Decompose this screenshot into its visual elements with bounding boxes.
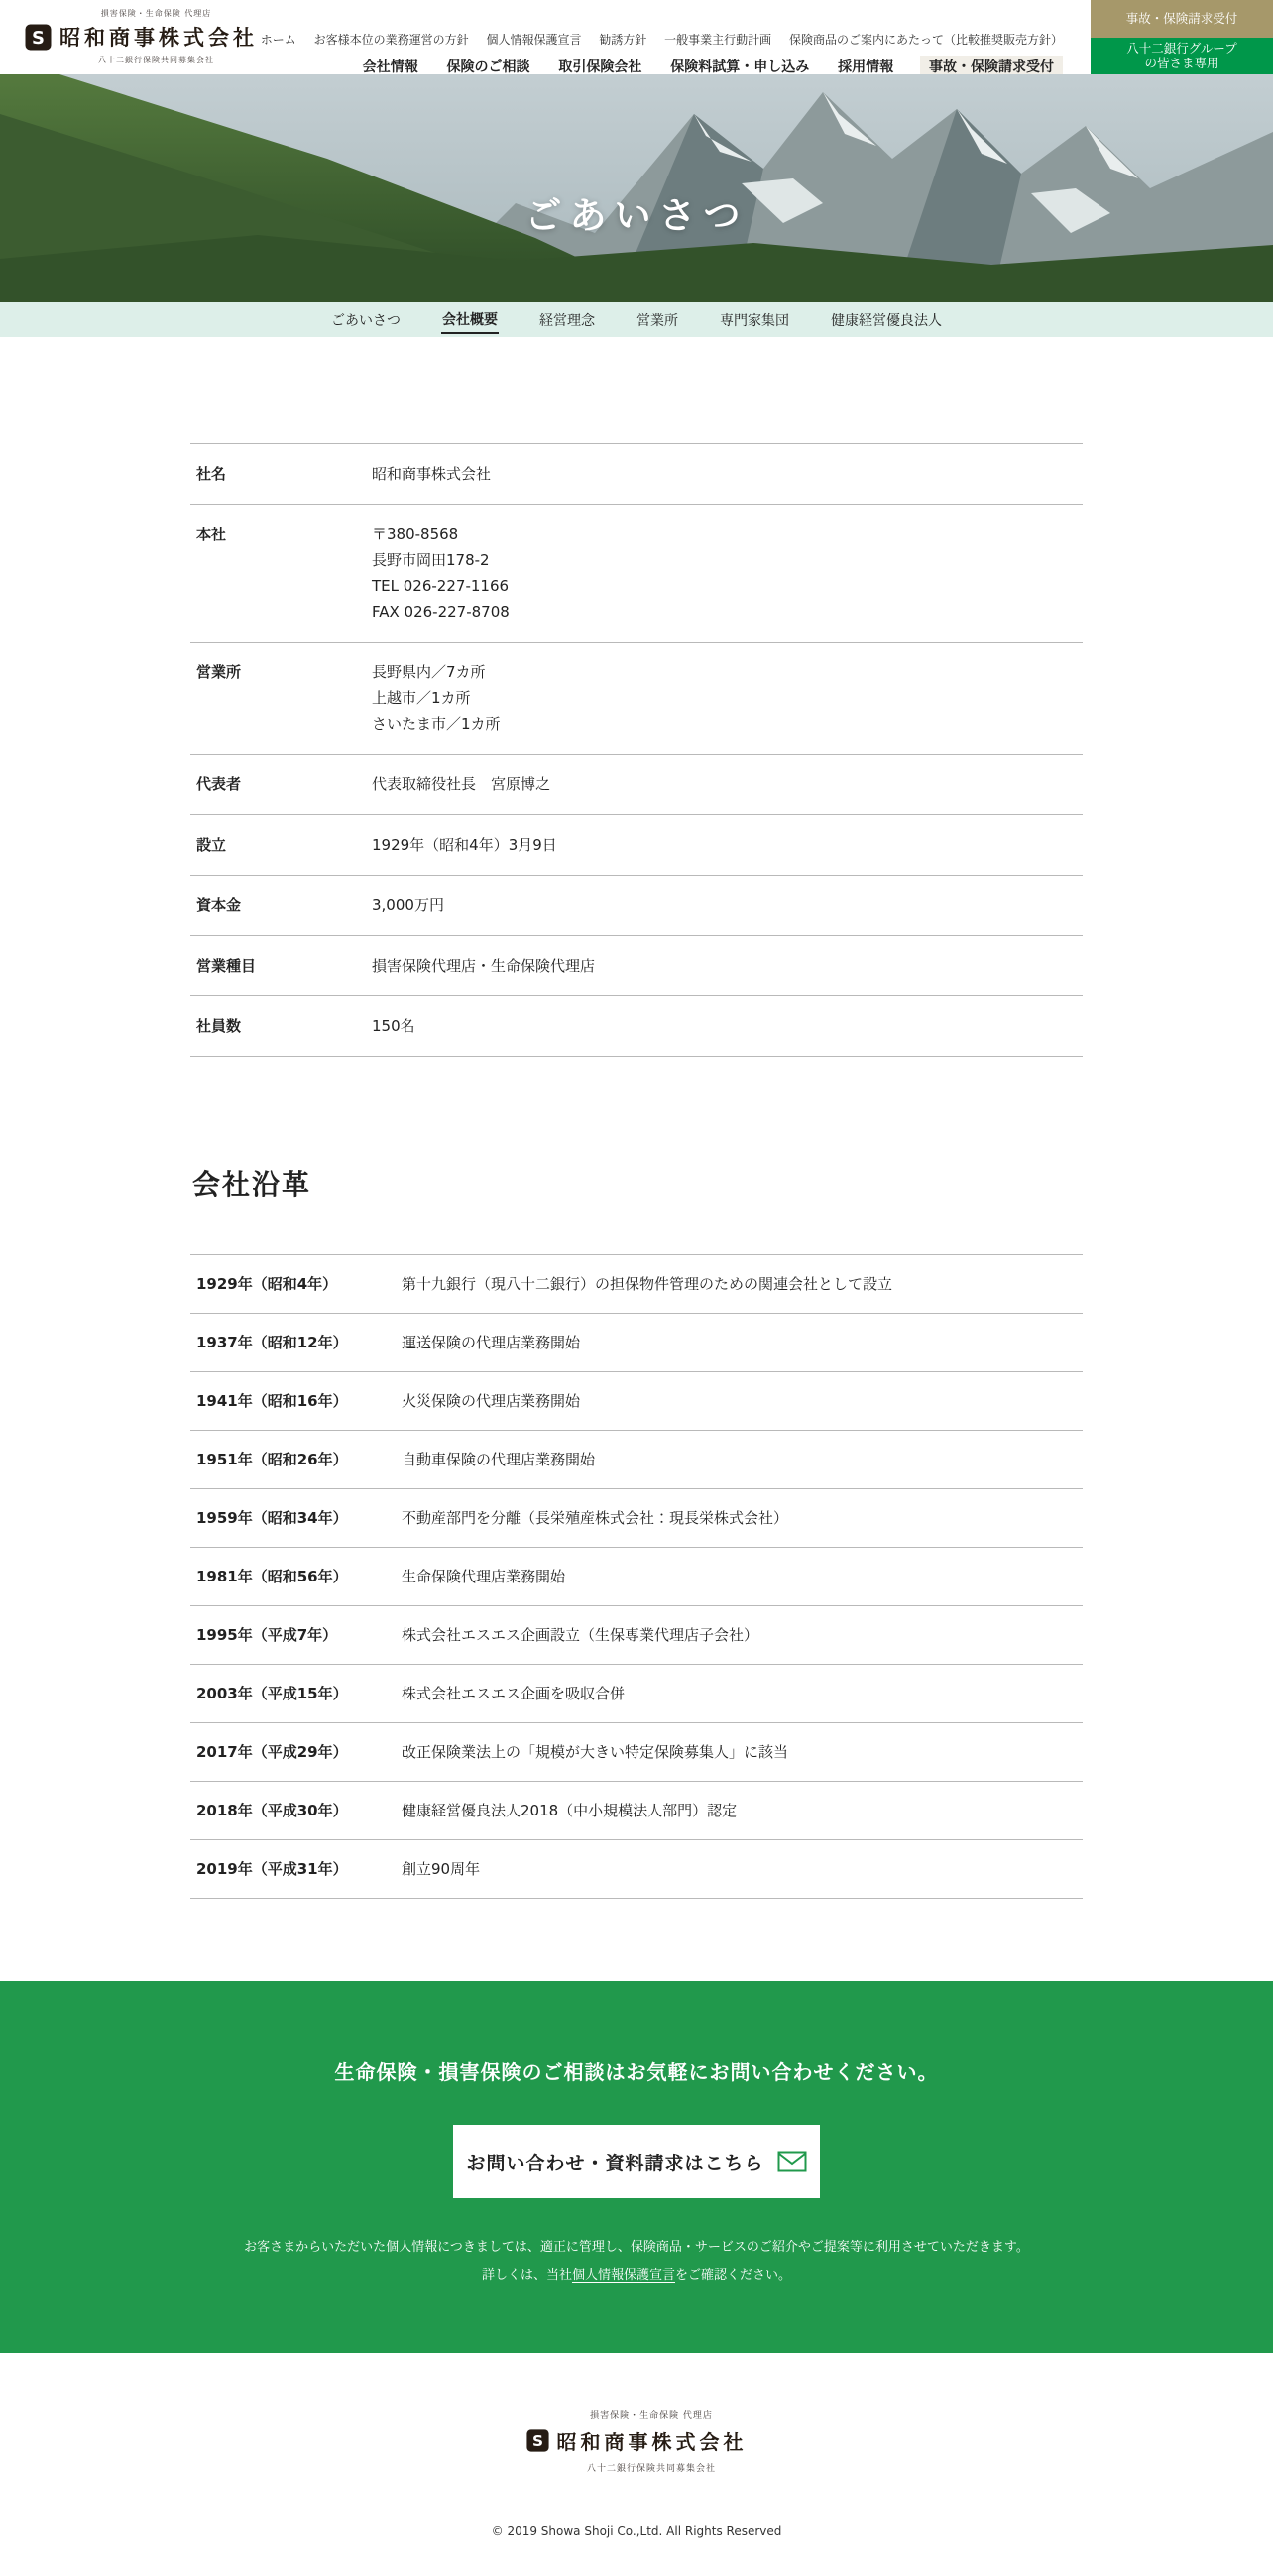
value-line: 3,000万円 (372, 892, 1083, 918)
history-year: 1937年（昭和12年） (190, 1333, 402, 1352)
value-line: 昭和商事株式会社 (372, 461, 1083, 487)
info-label: 営業種目 (190, 953, 372, 979)
privacy-note-post: をご確認ください。 (675, 2268, 791, 2283)
cta-heading: 生命保険・損害保険のご相談はお気軽にお問い合わせください。 (0, 2056, 1273, 2085)
history-year: 2003年（平成15年） (190, 1684, 402, 1703)
envelope-icon (777, 2151, 807, 2172)
info-label: 社員数 (190, 1013, 372, 1039)
site-footer: 損害保険・生命保険 代理店 S 昭和商事株式会社 八十二銀行保険共同募集会社 ©… (0, 2353, 1273, 2576)
info-value: 3,000万円 (372, 892, 1083, 918)
accident-claim-label: 事故・保険請求受付 (1126, 11, 1238, 26)
logo-tagline: 損害保険・生命保険 代理店 (55, 8, 258, 19)
history-event: 第十九銀行（現八十二銀行）の担保物件管理のための関連会社として設立 (402, 1274, 1083, 1294)
company-info-row: 営業所 長野県内／7カ所上越市／1カ所さいたま市／1カ所 (190, 643, 1083, 755)
subnav-tab[interactable]: 営業所 (636, 307, 679, 333)
contact-button-label: お問い合わせ・資料請求はこちら (466, 2149, 763, 2175)
footer-company-name: 昭和商事株式会社 (557, 2426, 748, 2455)
history-year: 1941年（昭和16年） (190, 1391, 402, 1411)
company-info-row: 設立 1929年（昭和4年）3月9日 (190, 815, 1083, 876)
main-nav: 会社情報 保険のご相談 取引保険会社 保険料試算・申し込み 採用情報 事故・保険… (247, 57, 1063, 76)
info-value: 1929年（昭和4年）3月9日 (372, 832, 1083, 858)
utility-nav-link[interactable]: 個人情報保護宣言 (486, 33, 581, 47)
logo-subtext: 八十二銀行保険共同募集会社 (55, 55, 258, 65)
history-event: 改正保険業法上の「規模が大きい特定保険募集人」に該当 (402, 1742, 1083, 1762)
history-year: 1959年（昭和34年） (190, 1508, 402, 1528)
company-info-row: 社員数 150名 (190, 996, 1083, 1057)
copyright: © 2019 Showa Shoji Co.,Ltd. All Rights R… (0, 2524, 1273, 2538)
value-line: 〒380-8568 (372, 522, 1083, 547)
utility-nav-link[interactable]: お客様本位の業務運営の方針 (314, 33, 469, 47)
hero-banner: ごあいさつ (0, 74, 1273, 302)
company-info-row: 本社 〒380-8568長野市岡田178-2TEL 026-227-1166FA… (190, 505, 1083, 643)
utility-nav-link[interactable]: 一般事業主行動計画 (664, 33, 771, 47)
history-year: 1929年（昭和4年） (190, 1274, 402, 1294)
value-line: 150名 (372, 1013, 1083, 1039)
history-event: 創立90周年 (402, 1859, 1083, 1879)
company-info-row: 社名 昭和商事株式会社 (190, 444, 1083, 505)
value-line: さいたま市／1カ所 (372, 711, 1083, 737)
history-row: 1941年（昭和16年） 火災保険の代理店業務開始 (190, 1372, 1083, 1431)
value-line: 1929年（昭和4年）3月9日 (372, 832, 1083, 858)
info-value: 代表取締役社長 宮原博之 (372, 771, 1083, 797)
subnav-tab[interactable]: 経営理念 (538, 307, 596, 333)
contact-cta-section: 生命保険・損害保険のご相談はお気軽にお問い合わせください。 お問い合わせ・資料請… (0, 1981, 1273, 2353)
company-logo-icon: S (25, 24, 52, 51)
subnav-tab[interactable]: 健康経営優良法人 (830, 307, 943, 333)
subnav-tab[interactable]: ごあいさつ (330, 307, 402, 333)
value-line: 上越市／1カ所 (372, 685, 1083, 711)
history-row: 1929年（昭和4年） 第十九銀行（現八十二銀行）の担保物件管理のための関連会社… (190, 1255, 1083, 1314)
footer-logo-icon: S (526, 2429, 549, 2452)
history-row: 2018年（平成30年） 健康経営優良法人2018（中小規模法人部門）認定 (190, 1782, 1083, 1840)
privacy-note-line1: お客さまからいただいた個人情報につきましては、適正に管理し、保険商品・サービスの… (0, 2234, 1273, 2262)
footer-logo[interactable]: 損害保険・生命保険 代理店 S 昭和商事株式会社 八十二銀行保険共同募集会社 (526, 2408, 748, 2474)
site-header: 損害保険・生命保険 代理店 S 昭和商事株式会社 八十二銀行保険共同募集会社 ホ… (0, 0, 1273, 74)
history-row: 2019年（平成31年） 創立90周年 (190, 1840, 1083, 1899)
privacy-note-line2: 詳しくは、当社個人情報保護宣言をご確認ください。 (0, 2262, 1273, 2289)
subnav-tab[interactable]: 会社概要 (441, 306, 499, 334)
history-event: 自動車保険の代理店業務開始 (402, 1450, 1083, 1469)
history-year: 2019年（平成31年） (190, 1859, 402, 1879)
utility-nav-link[interactable]: ホーム (261, 33, 296, 47)
value-line: 長野市岡田178-2 (372, 547, 1083, 573)
info-label: 資本金 (190, 892, 372, 918)
info-label: 代表者 (190, 771, 372, 797)
svg-text:S: S (32, 28, 45, 49)
history-year: 1951年（昭和26年） (190, 1450, 402, 1469)
history-year: 2018年（平成30年） (190, 1801, 402, 1820)
history-event: 株式会社エスエス企画を吸収合併 (402, 1684, 1083, 1703)
history-row: 1959年（昭和34年） 不動産部門を分離（長栄殖産株式会社：現長栄株式会社） (190, 1489, 1083, 1548)
privacy-note: お客さまからいただいた個人情報につきましては、適正に管理し、保険商品・サービスの… (0, 2234, 1273, 2289)
history-row: 2017年（平成29年） 改正保険業法上の「規模が大きい特定保険募集人」に該当 (190, 1723, 1083, 1782)
info-label: 設立 (190, 832, 372, 858)
bank-group-label-line1: 八十二銀行グループ (1126, 41, 1237, 56)
value-line: TEL 026-227-1166 (372, 573, 1083, 599)
svg-text:S: S (531, 2432, 542, 2450)
privacy-policy-link[interactable]: 個人情報保護宣言 (572, 2268, 675, 2283)
history-year: 1995年（平成7年） (190, 1625, 402, 1645)
info-value: 150名 (372, 1013, 1083, 1039)
history-heading: 会社沿革 (190, 1163, 1083, 1203)
info-label: 営業所 (190, 659, 372, 737)
history-event: 健康経営優良法人2018（中小規模法人部門）認定 (402, 1801, 1083, 1820)
history-row: 2003年（平成15年） 株式会社エスエス企画を吸収合併 (190, 1665, 1083, 1723)
history-row: 1981年（昭和56年） 生命保険代理店業務開始 (190, 1548, 1083, 1606)
main-content: 社名 昭和商事株式会社 本社 〒380-8568長野市岡田178-2TEL 02… (190, 443, 1083, 1899)
info-label: 社名 (190, 461, 372, 487)
company-name: 昭和商事株式会社 (59, 22, 258, 52)
header-action-buttons: 事故・保険請求受付 八十二銀行グループ の皆さま専用 (1091, 0, 1273, 74)
history-event: 株式会社エスエス企画設立（生保専業代理店子会社） (402, 1625, 1083, 1645)
company-info-row: 代表者 代表取締役社長 宮原博之 (190, 755, 1083, 815)
info-value: 長野県内／7カ所上越市／1カ所さいたま市／1カ所 (372, 659, 1083, 737)
company-history-table: 1929年（昭和4年） 第十九銀行（現八十二銀行）の担保物件管理のための関連会社… (190, 1254, 1083, 1899)
info-value: 昭和商事株式会社 (372, 461, 1083, 487)
page-title: ごあいさつ (0, 185, 1273, 239)
history-row: 1995年（平成7年） 株式会社エスエス企画設立（生保専業代理店子会社） (190, 1606, 1083, 1665)
info-value: 損害保険代理店・生命保険代理店 (372, 953, 1083, 979)
company-info-row: 資本金 3,000万円 (190, 876, 1083, 936)
accident-claim-button[interactable]: 事故・保険請求受付 (1091, 0, 1273, 38)
history-event: 運送保険の代理店業務開始 (402, 1333, 1083, 1352)
history-year: 2017年（平成29年） (190, 1742, 402, 1762)
history-row: 1937年（昭和12年） 運送保険の代理店業務開始 (190, 1314, 1083, 1372)
bank-group-button[interactable]: 八十二銀行グループ の皆さま専用 (1091, 38, 1273, 75)
history-row: 1951年（昭和26年） 自動車保険の代理店業務開始 (190, 1431, 1083, 1489)
history-event: 不動産部門を分離（長栄殖産株式会社：現長栄株式会社） (402, 1508, 1083, 1528)
privacy-note-pre: 詳しくは、当社 (482, 2268, 572, 2283)
info-label: 本社 (190, 522, 372, 625)
utility-nav: ホーム お客様本位の業務運営の方針 個人情報保護宣言 勧誘方針 一般事業主行動計… (247, 31, 1063, 48)
value-line: 代表取締役社長 宮原博之 (372, 771, 1083, 797)
company-info-table: 社名 昭和商事株式会社 本社 〒380-8568長野市岡田178-2TEL 02… (190, 443, 1083, 1057)
history-event: 生命保険代理店業務開始 (402, 1567, 1083, 1586)
footer-tagline: 損害保険・生命保険 代理店 (556, 2408, 748, 2421)
contact-button[interactable]: お問い合わせ・資料請求はこちら (453, 2125, 820, 2198)
history-event: 火災保険の代理店業務開始 (402, 1391, 1083, 1411)
footer-subtext: 八十二銀行保険共同募集会社 (556, 2461, 748, 2474)
info-value: 〒380-8568長野市岡田178-2TEL 026-227-1166FAX 0… (372, 522, 1083, 625)
history-year: 1981年（昭和56年） (190, 1567, 402, 1586)
value-line: 長野県内／7カ所 (372, 659, 1083, 685)
bank-group-label-line2: の皆さま専用 (1144, 56, 1218, 70)
subnav-tab[interactable]: 専門家集団 (719, 307, 790, 333)
header-logo[interactable]: 損害保険・生命保険 代理店 S 昭和商事株式会社 八十二銀行保険共同募集会社 (25, 8, 258, 65)
company-info-row: 営業種目 損害保険代理店・生命保険代理店 (190, 936, 1083, 996)
utility-nav-link[interactable]: 保険商品のご案内にあたって（比較推奨販売方針） (789, 33, 1063, 47)
section-subnav: ごあいさつ 会社概要 経営理念 営業所 専門家集団 健康経営優良法人 (0, 302, 1273, 337)
utility-nav-link[interactable]: 勧誘方針 (599, 33, 646, 47)
value-line: FAX 026-227-8708 (372, 599, 1083, 625)
value-line: 損害保険代理店・生命保険代理店 (372, 953, 1083, 979)
